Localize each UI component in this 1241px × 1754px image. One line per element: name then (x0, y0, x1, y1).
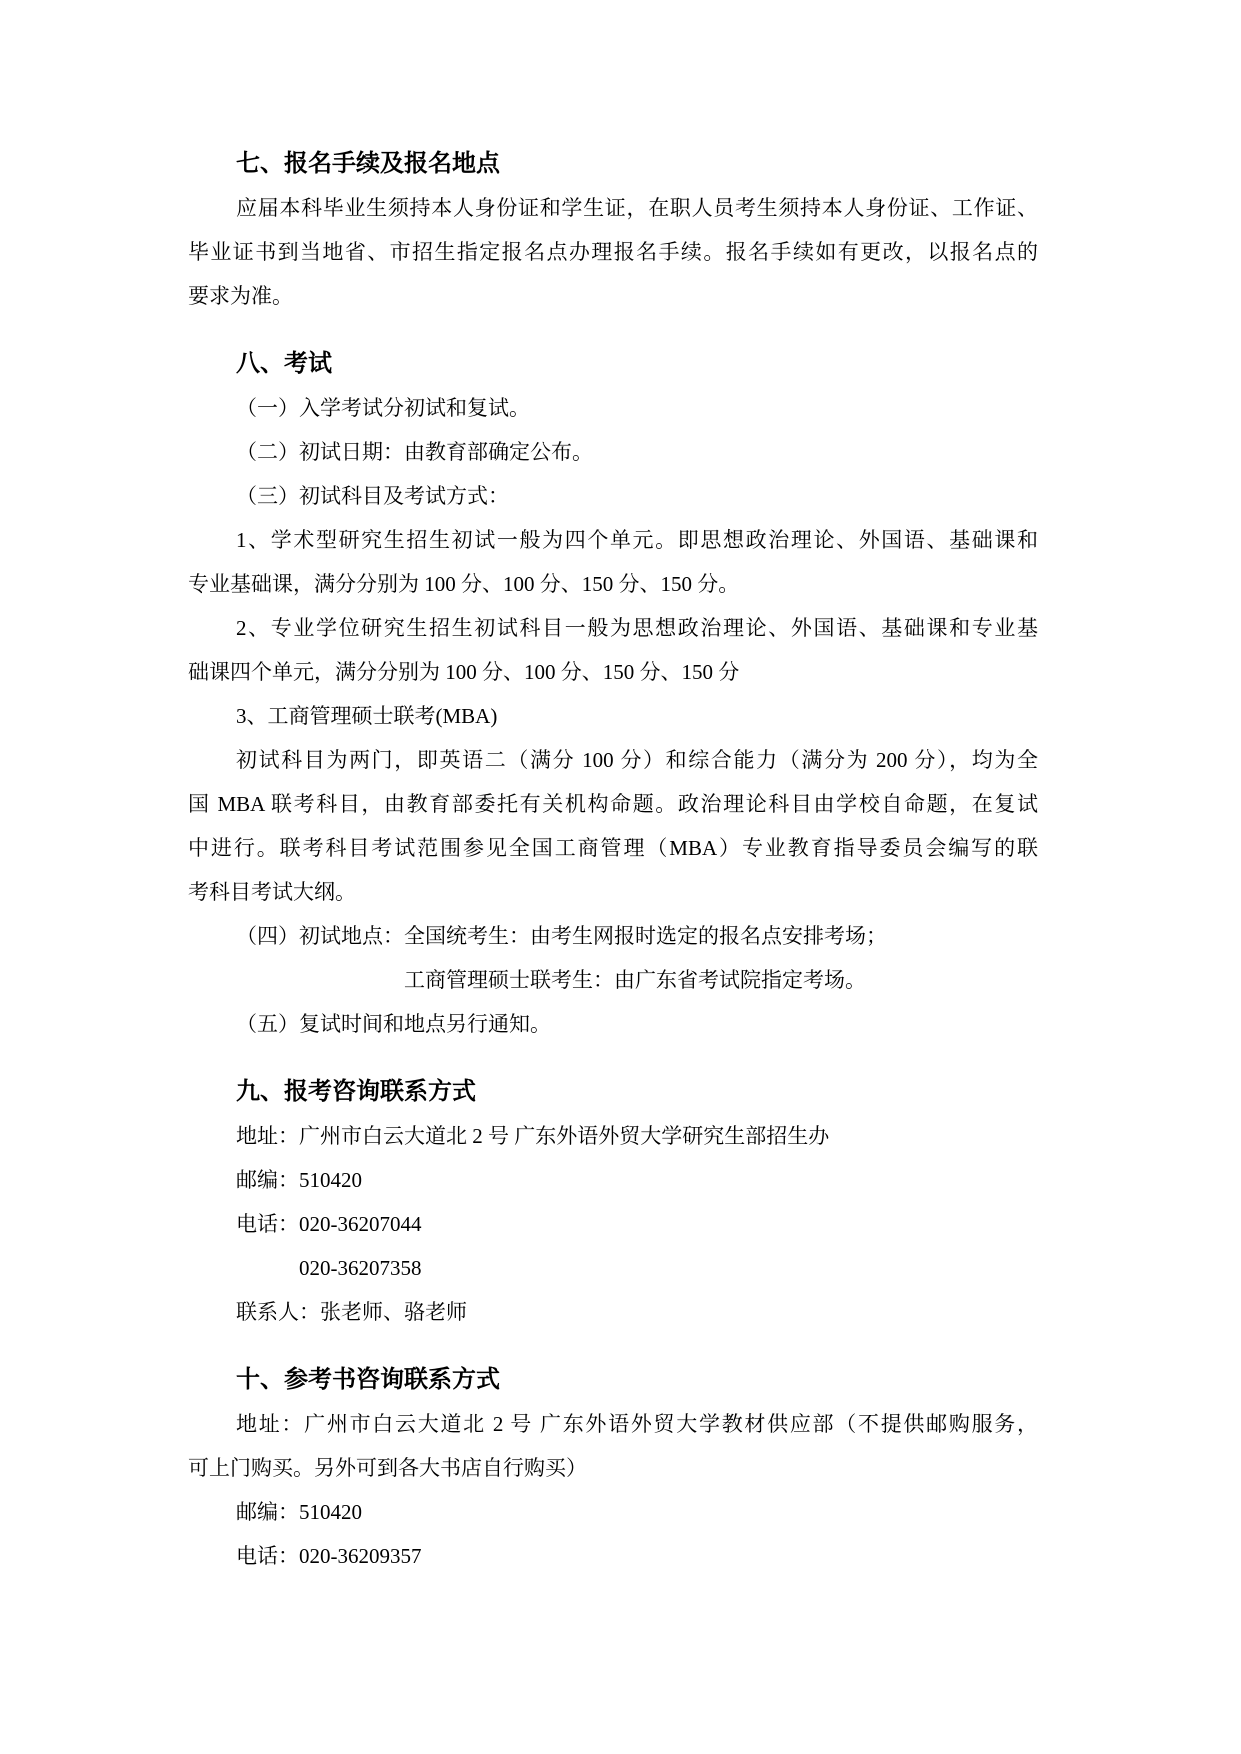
text-line: 3、工商管理硕士联考(MBA) (236, 694, 1038, 738)
text-line: 2、专业学位研究生招生初试科目一般为思想政治理论、外国语、基础课和专业基 (236, 606, 1038, 650)
text-line: 电话：020-36209357 (236, 1534, 1038, 1578)
text-line: 邮编：510420 (236, 1490, 1038, 1534)
text-line: 1、学术型研究生招生初试一般为四个单元。即思想政治理论、外国语、基础课和 (236, 518, 1038, 562)
text-line: 地址：广州市白云大道北 2 号 广东外语外贸大学研究生部招生办 (236, 1114, 1038, 1158)
text-line: （四）初试地点：全国统考生：由考生网报时选定的报名点安排考场； (236, 914, 1038, 958)
text-line: 电话：020-36207044 (236, 1202, 1038, 1246)
text-line: 专业基础课，满分分别为 100 分、100 分、150 分、150 分。 (188, 562, 1038, 606)
text-line: （五）复试时间和地点另行通知。 (236, 1002, 1038, 1046)
text-line: 初试科目为两门，即英语二（满分 100 分）和综合能力（满分为 200 分），均… (236, 738, 1038, 782)
section-heading: 七、报名手续及报名地点 (236, 142, 1038, 186)
document-content: 七、报名手续及报名地点应届本科毕业生须持本人身份证和学生证，在职人员考生须持本人… (188, 142, 1038, 1578)
text-line: 要求为准。 (188, 274, 1038, 318)
text-line: 020-36207358 (299, 1246, 1038, 1290)
text-line: （二）初试日期：由教育部确定公布。 (236, 430, 1038, 474)
section-heading: 九、报考咨询联系方式 (236, 1070, 1038, 1114)
text-line: 考科目考试大纲。 (188, 870, 1038, 914)
text-line: 邮编：510420 (236, 1158, 1038, 1202)
text-line: 工商管理硕士联考生：由广东省考试院指定考场。 (404, 958, 1038, 1002)
text-line: （一）入学考试分初试和复试。 (236, 386, 1038, 430)
text-line: 联系人：张老师、骆老师 (236, 1290, 1038, 1334)
section-heading: 八、考试 (236, 342, 1038, 386)
text-line: 应届本科毕业生须持本人身份证和学生证，在职人员考生须持本人身份证、工作证、 (236, 186, 1038, 230)
text-line: 毕业证书到当地省、市招生指定报名点办理报名手续。报名手续如有更改，以报名点的 (188, 230, 1038, 274)
text-line: 地址：广州市白云大道北 2 号 广东外语外贸大学教材供应部（不提供邮购服务， (236, 1402, 1038, 1446)
document-page: 七、报名手续及报名地点应届本科毕业生须持本人身份证和学生证，在职人员考生须持本人… (0, 0, 1241, 1754)
text-line: 中进行。联考科目考试范围参见全国工商管理（MBA）专业教育指导委员会编写的联 (188, 826, 1038, 870)
text-line: （三）初试科目及考试方式： (236, 474, 1038, 518)
text-line: 国 MBA 联考科目，由教育部委托有关机构命题。政治理论科目由学校自命题，在复试 (188, 782, 1038, 826)
section-heading: 十、参考书咨询联系方式 (236, 1358, 1038, 1402)
text-line: 础课四个单元，满分分别为 100 分、100 分、150 分、150 分 (188, 650, 1038, 694)
text-line: 可上门购买。另外可到各大书店自行购买） (188, 1446, 1038, 1490)
